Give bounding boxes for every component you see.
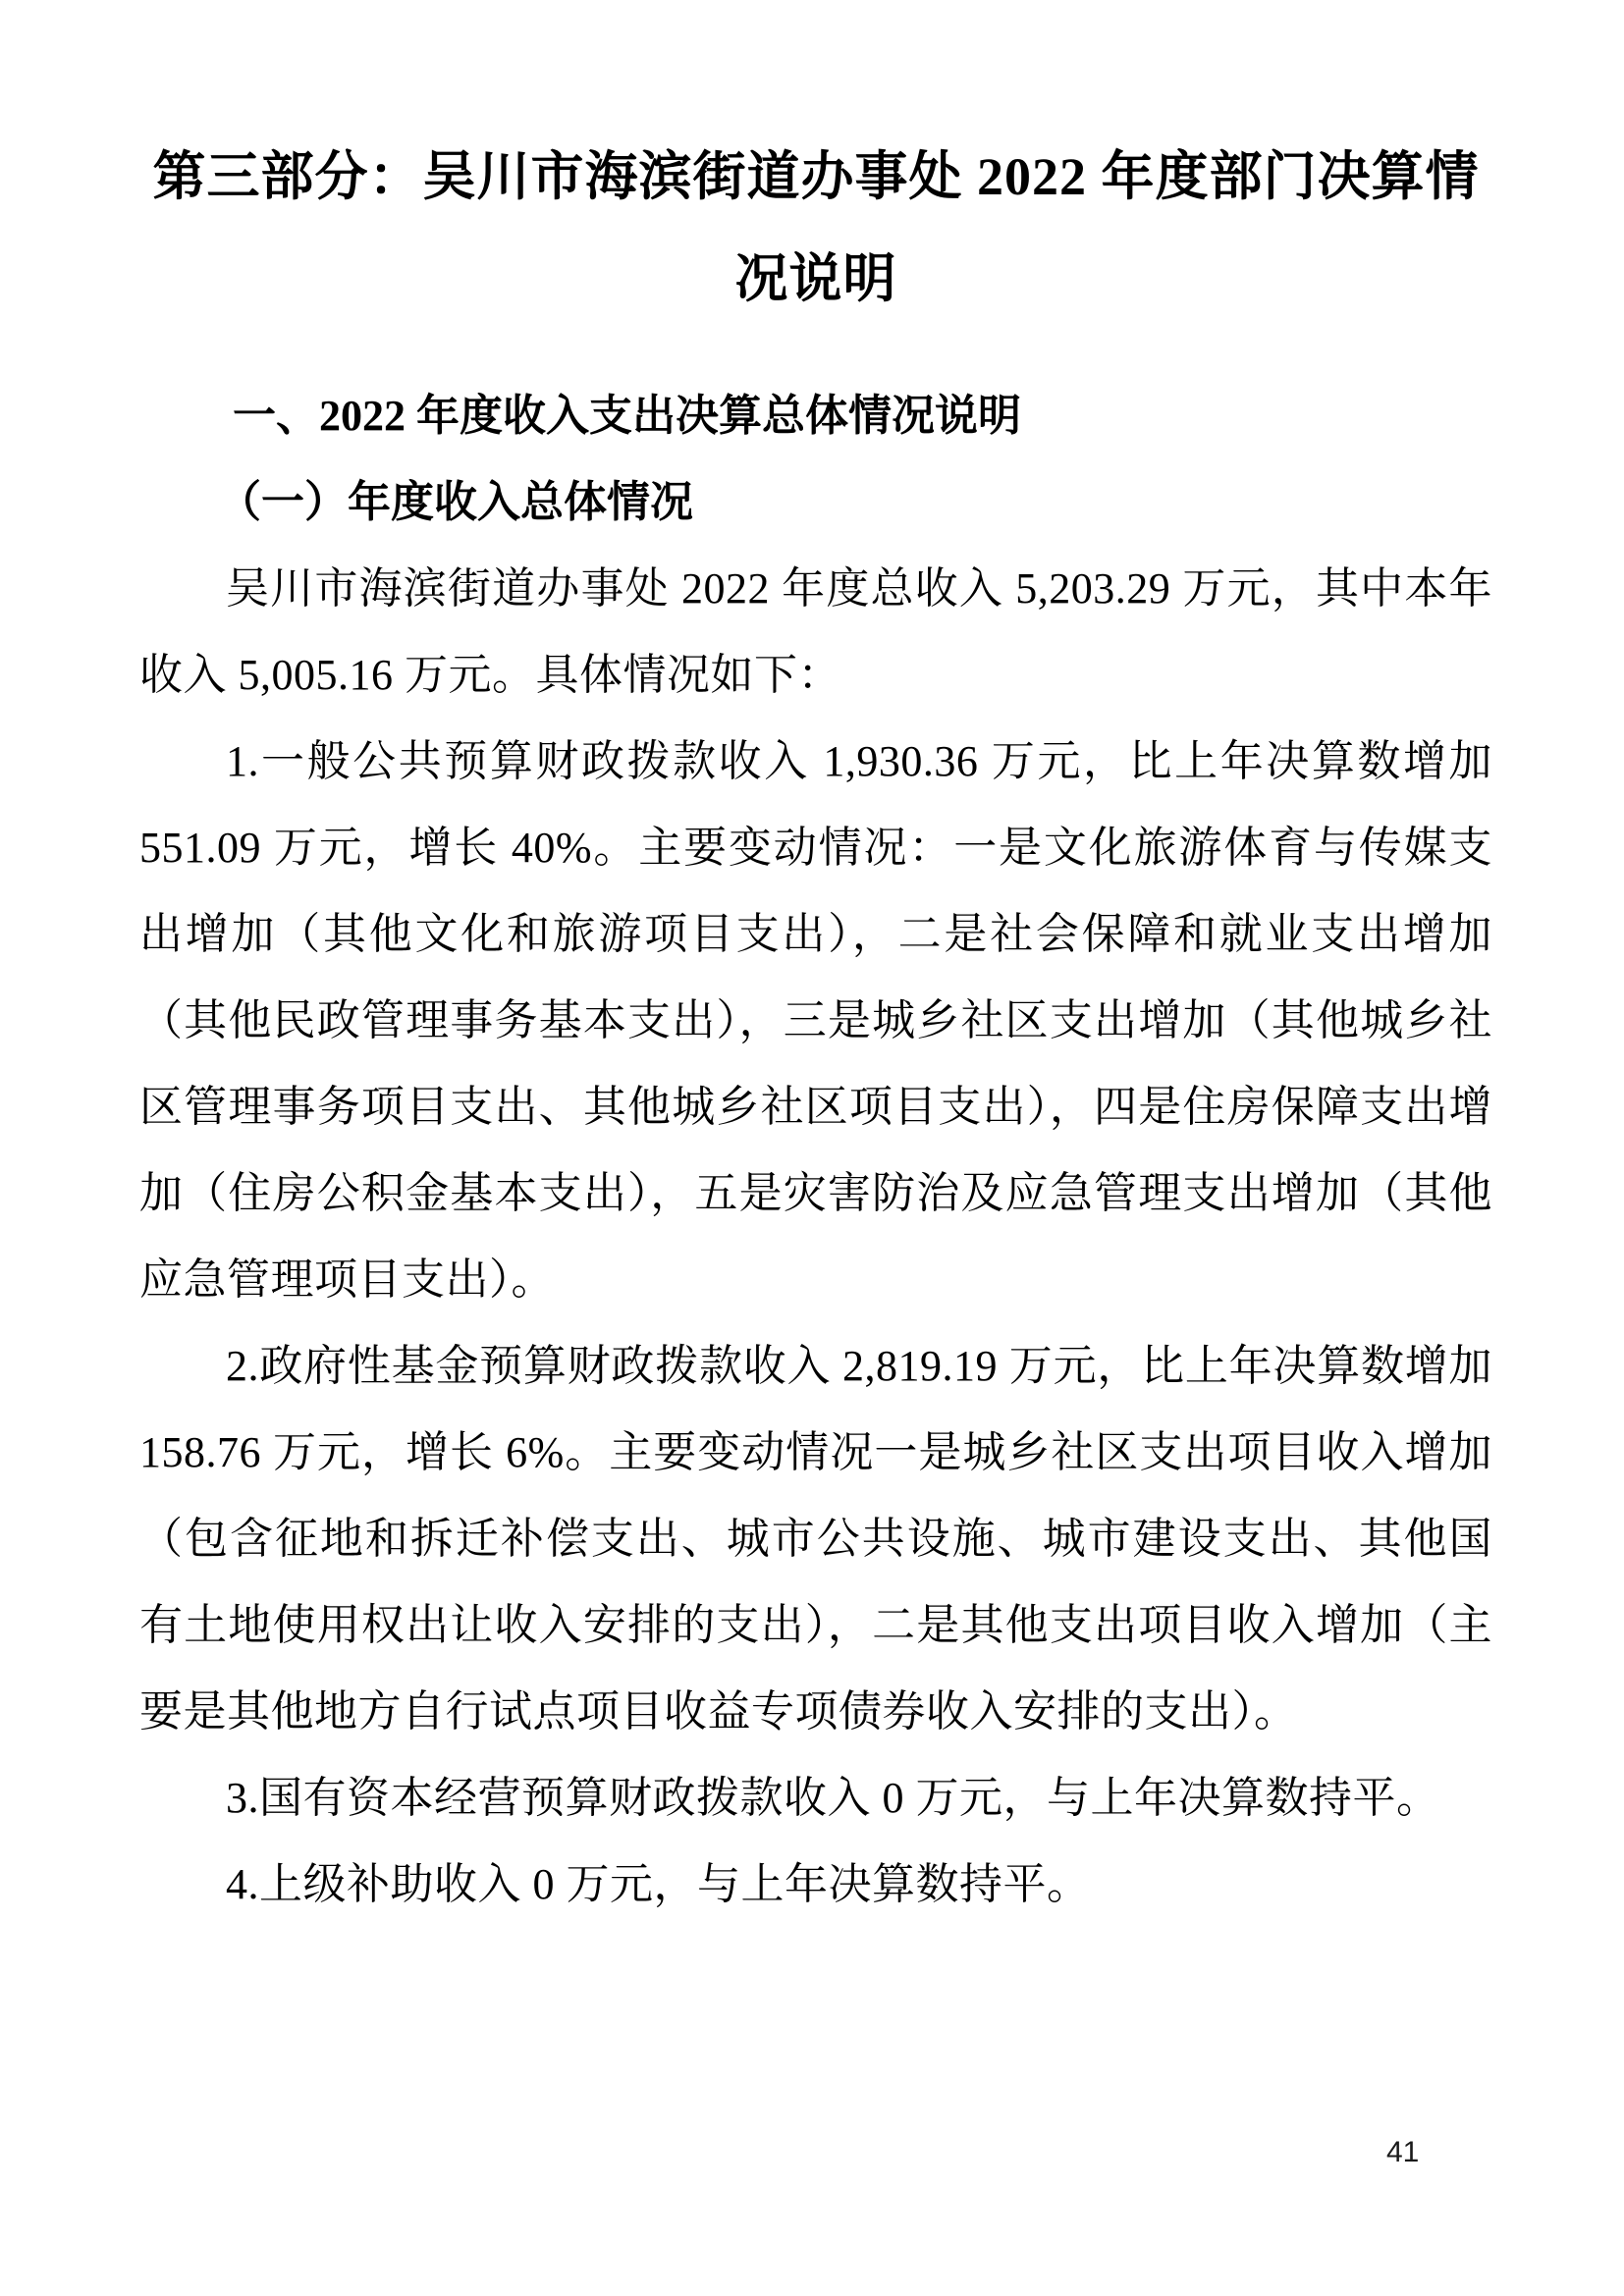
paragraph-item-4-superior-subsidy: 4.上级补助收入 0 万元，与上年决算数持平。: [139, 1842, 1492, 1928]
document-content: 第三部分：吴川市海滨街道办事处 2022 年度部门决算情 况说明 一、2022 …: [139, 126, 1492, 1928]
page-number: 41: [1386, 2136, 1419, 2169]
document-title: 第三部分：吴川市海滨街道办事处 2022 年度部门决算情 况说明: [139, 126, 1492, 330]
paragraph-income-overview: 吴川市海滨街道办事处 2022 年度总收入 5,203.29 万元，其中本年收入…: [139, 546, 1492, 719]
paragraph-item-1-general-public-budget: 1.一般公共预算财政拨款收入 1,930.36 万元，比上年决算数增加 551.…: [139, 719, 1492, 1323]
title-line-1: 第三部分：吴川市海滨街道办事处 2022 年度部门决算情: [139, 126, 1492, 228]
title-line-2: 况说明: [139, 228, 1492, 330]
section-heading-level1: 一、2022 年度收入支出决算总体情况说明: [139, 373, 1492, 459]
document-page: 第三部分：吴川市海滨街道办事处 2022 年度部门决算情 况说明 一、2022 …: [0, 0, 1624, 2296]
paragraph-item-2-government-fund-budget: 2.政府性基金预算财政拨款收入 2,819.19 万元，比上年决算数增加 158…: [139, 1323, 1492, 1755]
section-heading-level2: （一）年度收入总体情况: [139, 459, 1492, 546]
paragraph-item-3-state-capital-budget: 3.国有资本经营预算财政拨款收入 0 万元，与上年决算数持平。: [139, 1755, 1492, 1842]
